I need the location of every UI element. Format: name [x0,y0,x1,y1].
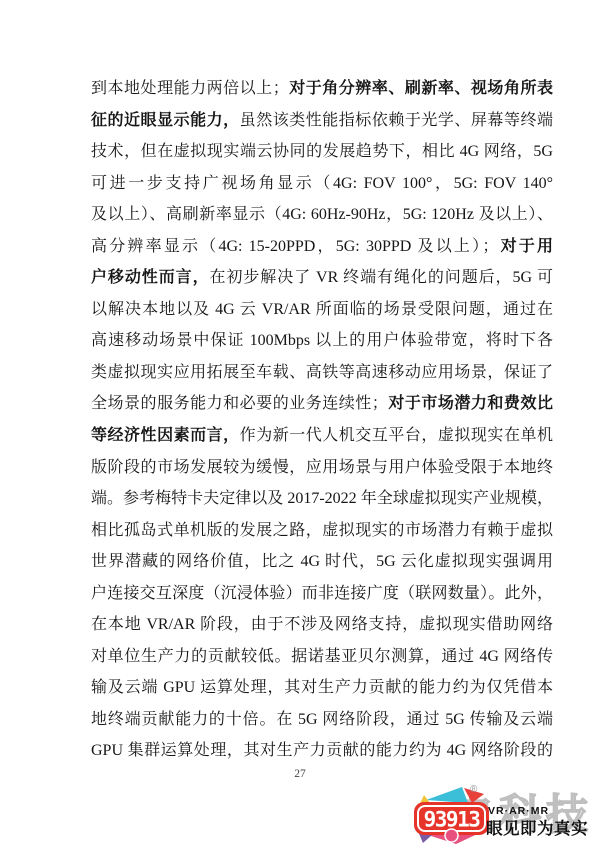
text-segment: 及以上）、高刷新率显示（4G: 60Hz-90Hz，5G: 120Hz 及以上）… [91,206,553,223]
text-line: 户移动性而言，在初步解决了 VR 终端有绳化的问题后，5G 可 [91,262,553,294]
text-line: 户连接交互深度（沉浸体验）而非连接广度（联网数量）。此外， [91,578,553,610]
bold-text-segment: 对于角分辨率、刷新率、视场角所表 [289,80,553,97]
logo-slogan: 眼见即为真实 [486,815,588,839]
text-block: 到本地处理能力两倍以上；对于角分辨率、刷新率、视场角所表征的近眼显示能力，虽然该… [91,73,553,767]
text-line: 高速移动场景中保证 100Mbps 以上的用户体验带宽，将时下各 [91,325,553,357]
text-line: 在本地 VR/AR 阶段，由于不涉及网络支持，虚拟现实借助网络 [91,609,553,641]
text-segment: 高分辨率显示（4G: 15-20PPD，5G: 30PPD 及以上）； [91,238,498,255]
registered-trademark-icon: ® [470,784,477,795]
text-line: 及以上）、高刷新率显示（4G: 60Hz-90Hz，5G: 120Hz 及以上）… [91,199,553,231]
text-line: 全场景的服务能力和必要的业务连续性；对于市场潜力和费效比 [91,388,553,420]
text-segment: 版阶段的市场发展较为缓慢，应用场景与用户体验受限于本地终 [91,459,553,476]
document-page: 到本地处理能力两倍以上；对于角分辨率、刷新率、视场角所表征的近眼显示能力，虽然该… [0,0,600,848]
text-line: 对单位生产力的贡献较低。据诺基亚贝尔测算，通过 4G 网络传 [91,641,553,673]
badge-digits: 93913 [424,808,481,832]
text-segment: 相比孤岛式单机版的发展之路，虚拟现实的市场潜力有赖于虚拟 [91,522,553,539]
text-line: 高分辨率显示（4G: 15-20PPD，5G: 30PPD 及以上）；对于用 [91,231,553,263]
text-segment: 在本地 VR/AR 阶段，由于不涉及网络支持，虚拟现实借助网络 [91,616,553,633]
text-segment: 高速移动场景中保证 100Mbps 以上的用户体验带宽，将时下各 [91,332,553,349]
text-line: 征的近眼显示能力，虽然该类性能指标依赖于光学、屏幕等终端 [91,105,553,137]
text-line: 可进一步支持广视场角显示（4G: FOV 100°，5G: FOV 140° [91,168,553,200]
bold-text-segment: 征的近眼显示能力， [91,112,240,129]
text-line: 输及云端 GPU 运算处理，其对生产力贡献的能力约为仅凭借本 [91,672,553,704]
bold-text-segment: 对于用 [498,238,553,255]
bold-text-segment: 户移动性而言， [91,269,210,286]
text-segment: 对单位生产力的贡献较低。据诺基亚贝尔测算，通过 4G 网络传 [91,648,553,665]
text-segment: 虽然该类性能指标依赖于光学、屏幕等终端 [240,112,553,129]
footer-logo: 电科技 93913 ® VR·AR·MR 眼见即为真实 [404,784,600,846]
text-segment: 户连接交互深度（沉浸体验）而非连接广度（联网数量）。此外， [91,585,553,602]
vr-goggle-logo-icon: 93913 [410,786,496,844]
text-segment: 类虚拟现实应用拓展至车载、高铁等高速移动应用场景，保证了 [91,364,553,381]
text-line: 类虚拟现实应用拓展至车载、高铁等高速移动应用场景，保证了 [91,357,553,389]
text-line: 等经济性因素而言，作为新一代人机交互平台，虚拟现实在单机 [91,420,553,452]
text-line: 到本地处理能力两倍以上；对于角分辨率、刷新率、视场角所表 [91,73,553,105]
text-segment: 全场景的服务能力和必要的业务连续性； [91,395,388,412]
text-segment: 输及云端 GPU 运算处理，其对生产力贡献的能力约为仅凭借本 [91,679,553,696]
text-line: 相比孤岛式单机版的发展之路，虚拟现实的市场潜力有赖于虚拟 [91,515,553,547]
text-line: 版阶段的市场发展较为缓慢，应用场景与用户体验受限于本地终 [91,452,553,484]
text-segment: 世界潜藏的网络价值，比之 4G 时代，5G 云化虚拟现实强调用 [91,553,553,570]
text-segment: 以解决本地以及 4G 云 VR/AR 所面临的场景受限问题，通过在 [91,301,553,318]
text-line: 以解决本地以及 4G 云 VR/AR 所面临的场景受限问题，通过在 [91,294,553,326]
text-line: 技术，但在虚拟现实端云协同的发展趋势下，相比 4G 网络，5G [91,136,553,168]
text-segment: GPU 集群运算处理，其对生产力贡献的能力约为 4G 网络阶段的 [91,742,553,759]
page-number: 27 [0,768,600,780]
text-line: 世界潜藏的网络价值，比之 4G 时代，5G 云化虚拟现实强调用 [91,546,553,578]
text-segment: 作为新一代人机交互平台，虚拟现实在单机 [240,427,553,444]
text-segment: 在初步解决了 VR 终端有绳化的问题后，5G 可 [210,269,553,286]
text-line: GPU 集群运算处理，其对生产力贡献的能力约为 4G 网络阶段的 [91,735,553,767]
text-segment: 技术，但在虚拟现实端云协同的发展趋势下，相比 4G 网络，5G [91,143,553,160]
text-segment: 可进一步支持广视场角显示（4G: FOV 100°，5G: FOV 140° [91,175,553,192]
text-segment: 到本地处理能力两倍以上； [91,80,289,97]
text-line: 端。参考梅特卡夫定律以及 2017-2022 年全球虚拟现实产业规模， [91,483,553,515]
bold-text-segment: 对于市场潜力和费效比 [388,395,553,412]
bold-text-segment: 等经济性因素而言， [91,427,240,444]
text-segment: 端。参考梅特卡夫定律以及 2017-2022 年全球虚拟现实产业规模， [91,490,553,507]
text-segment: 地终端贡献能力的十倍。在 5G 网络阶段，通过 5G 传输及云端 [91,711,553,728]
text-line: 地终端贡献能力的十倍。在 5G 网络阶段，通过 5G 传输及云端 [91,704,553,736]
logo-cyan-shard [426,787,468,803]
